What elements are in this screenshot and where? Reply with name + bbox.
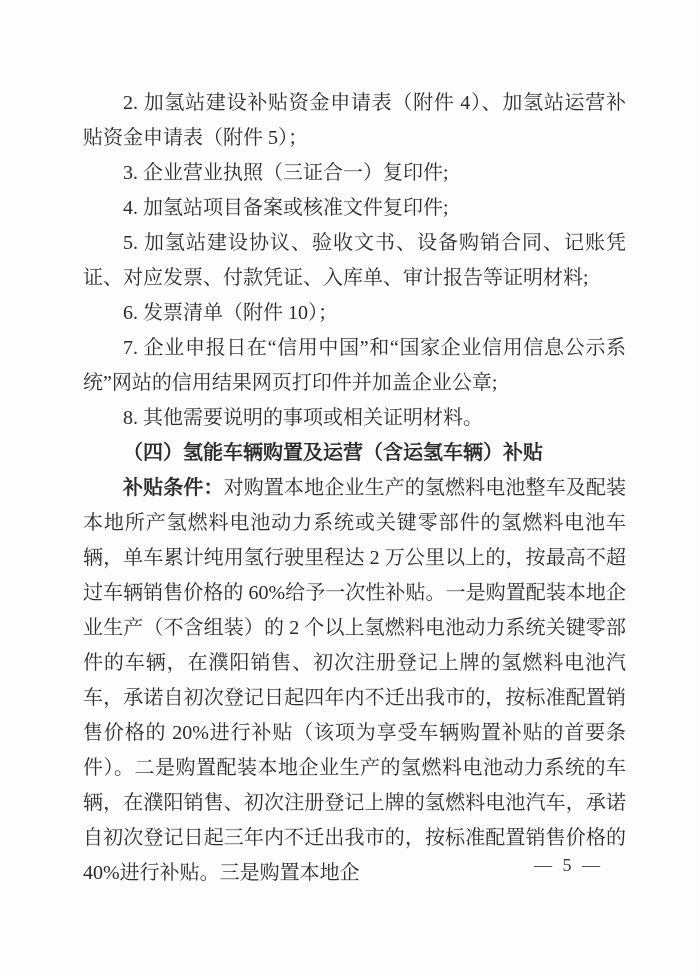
subsidy-conditions-paragraph: 补贴条件：对购置本地企业生产的氢燃料电池整车及配装本地所产氢燃料电池动力系统或关… bbox=[83, 471, 626, 891]
list-item-5: 5. 加氢站建设协议、验收文书、设备购销合同、记账凭证、对应发票、付款凭证、入库… bbox=[83, 226, 626, 296]
list-item-7: 7. 企业申报日在“信用中国”和“国家企业信用信息公示系统”网站的信用结果网页打… bbox=[83, 331, 626, 401]
list-item-3: 3. 企业营业执照（三证合一）复印件; bbox=[83, 156, 626, 191]
list-item-4: 4. 加氢站项目备案或核准文件复印件; bbox=[83, 191, 626, 226]
page-number: — 5 — bbox=[534, 855, 603, 876]
scanned-document-page: 2. 加氢站建设补贴资金申请表（附件 4）、加氢站运营补贴资金申请表（附件 5）… bbox=[0, 0, 699, 974]
paragraph-body-text: 对购置本地企业生产的氢燃料电池整车及配装本地所产氢燃料电池动力系统或关键零部件的… bbox=[83, 477, 626, 884]
list-item-2: 2. 加氢站建设补贴资金申请表（附件 4）、加氢站运营补贴资金申请表（附件 5）… bbox=[83, 86, 626, 156]
list-item-6: 6. 发票清单（附件 10）； bbox=[83, 296, 626, 331]
document-body: 2. 加氢站建设补贴资金申请表（附件 4）、加氢站运营补贴资金申请表（附件 5）… bbox=[83, 86, 626, 891]
section-heading: （四）氢能车辆购置及运营（含运氢车辆）补贴 bbox=[83, 436, 626, 471]
list-item-8: 8. 其他需要说明的事项或相关证明材料。 bbox=[83, 401, 626, 436]
paragraph-lead-label: 补贴条件： bbox=[123, 477, 224, 499]
